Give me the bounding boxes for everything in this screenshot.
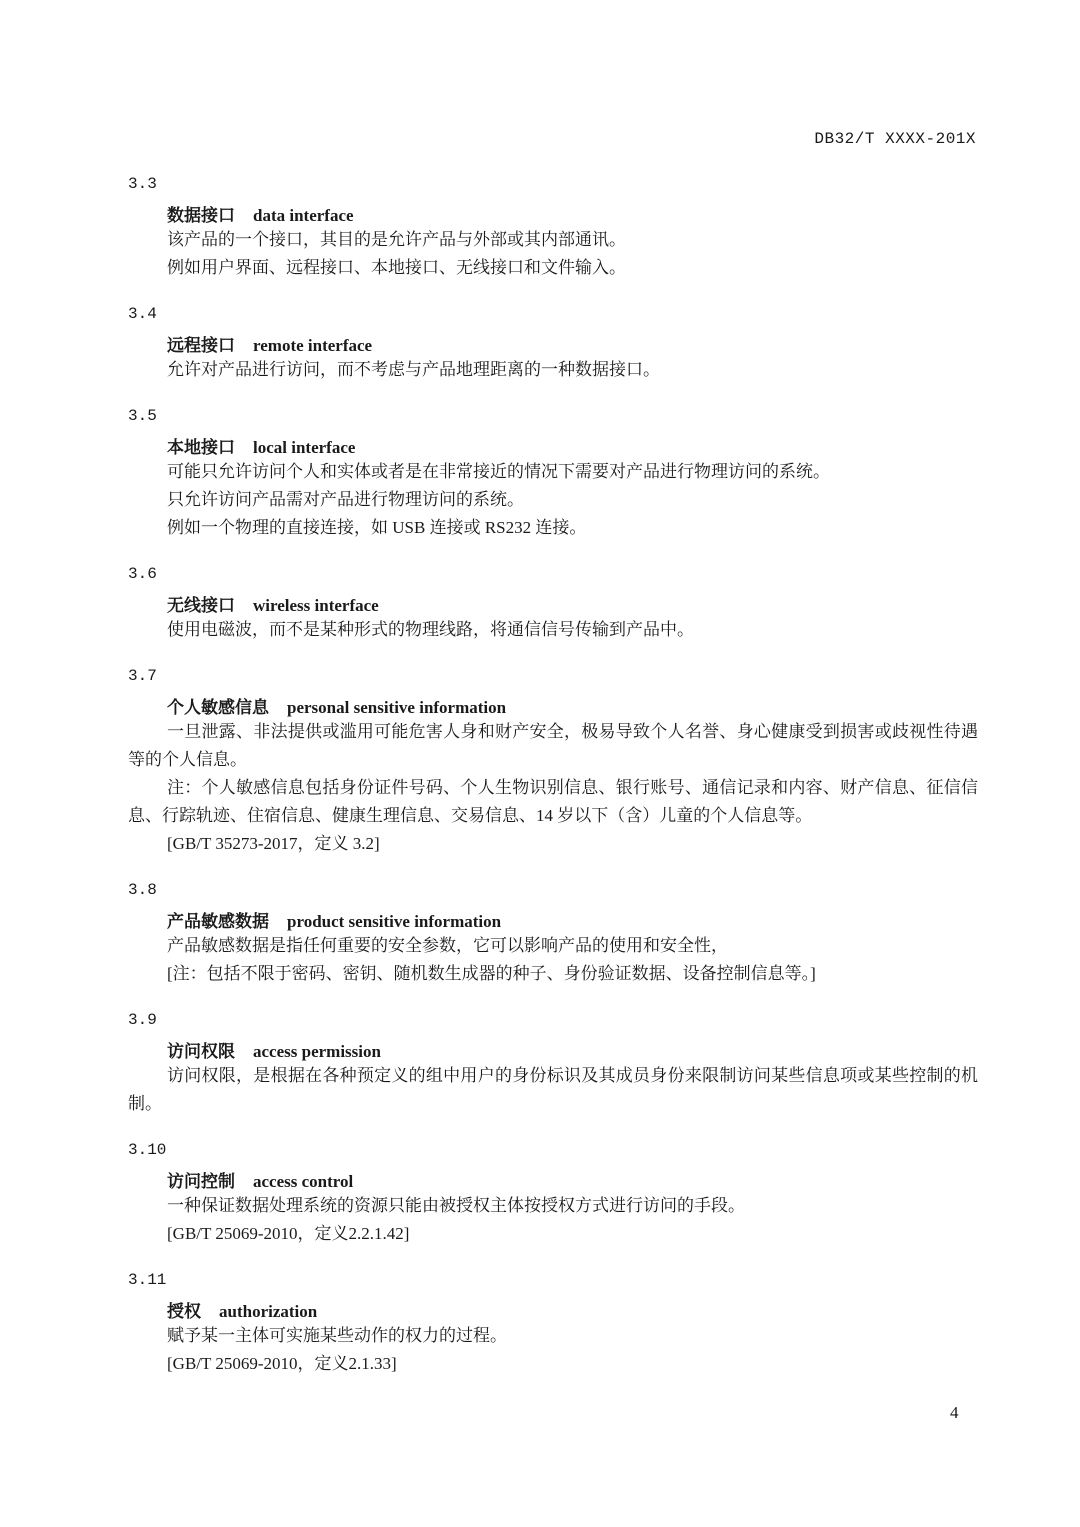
example-line: 例如用户界面、远程接口、本地接口、无线接口和文件输入。 [128,254,978,282]
section-number: 3.8 [128,876,978,904]
term-en: personal sensitive information [287,698,506,717]
term-zh: 访问权限 [167,1042,235,1061]
term-en: access control [253,1172,353,1191]
section-3-10: 3.10 访问控制access control 一种保证数据处理系统的资源只能由… [128,1136,978,1248]
section-3-11: 3.11 授权authorization 赋予某一主体可实施某些动作的权力的过程… [128,1266,978,1378]
term-heading: 个人敏感信息personal sensitive information [128,690,978,718]
definitions-list: 3.3 数据接口data interface 该产品的一个接口，其目的是允许产品… [128,170,978,1396]
definition-line: 允许对产品进行访问，而不考虑与产品地理距离的一种数据接口。 [128,356,978,384]
section-3-7: 3.7 个人敏感信息personal sensitive information… [128,662,978,858]
section-3-5: 3.5 本地接口local interface 可能只允许访问个人和实体或者是在… [128,402,978,542]
term-en: remote interface [253,336,372,355]
section-number: 3.10 [128,1136,978,1164]
term-heading: 远程接口remote interface [128,328,978,356]
note-paragraph: 注：个人敏感信息包括身份证件号码、个人生物识别信息、银行账号、通信记录和内容、财… [128,774,978,830]
term-en: local interface [253,438,355,457]
section-3-8: 3.8 产品敏感数据product sensitive information … [128,876,978,988]
term-heading: 产品敏感数据product sensitive information [128,904,978,932]
term-heading: 授权authorization [128,1294,978,1322]
term-zh: 本地接口 [167,438,235,457]
term-zh: 无线接口 [167,596,235,615]
reference-line: [GB/T 35273-2017，定义 3.2] [128,830,978,858]
definition-line: 使用电磁波，而不是某种形式的物理线路，将通信信号传输到产品中。 [128,616,978,644]
document-code: DB32/T XXXX-201X [814,130,976,148]
section-number: 3.11 [128,1266,978,1294]
section-3-9: 3.9 访问权限access permission 访问权限，是根据在各种预定义… [128,1006,978,1118]
term-heading: 数据接口data interface [128,198,978,226]
definition-line: 产品敏感数据是指任何重要的安全参数，它可以影响产品的使用和安全性， [128,932,978,960]
definition-paragraph: 访问权限，是根据在各种预定义的组中用户的身份标识及其成员身份来限制访问某些信息项… [128,1062,978,1118]
example-line: 例如一个物理的直接连接，如 USB 连接或 RS232 连接。 [128,514,978,542]
definition-line: 只允许访问产品需对产品进行物理访问的系统。 [128,486,978,514]
term-zh: 数据接口 [167,206,235,225]
term-zh: 个人敏感信息 [167,698,269,717]
section-3-3: 3.3 数据接口data interface 该产品的一个接口，其目的是允许产品… [128,170,978,282]
definition-line: 可能只允许访问个人和实体或者是在非常接近的情况下需要对产品进行物理访问的系统。 [128,458,978,486]
term-en: wireless interface [253,596,379,615]
section-number: 3.6 [128,560,978,588]
term-en: access permission [253,1042,381,1061]
definition-line: 该产品的一个接口，其目的是允许产品与外部或其内部通讯。 [128,226,978,254]
section-3-6: 3.6 无线接口wireless interface 使用电磁波，而不是某种形式… [128,560,978,644]
term-zh: 产品敏感数据 [167,912,269,931]
term-en: data interface [253,206,354,225]
term-heading: 访问权限access permission [128,1034,978,1062]
term-zh: 远程接口 [167,336,235,355]
definition-paragraph: 一旦泄露、非法提供或滥用可能危害人身和财产安全，极易导致个人名誉、身心健康受到损… [128,718,978,774]
definition-line: 赋予某一主体可实施某些动作的权力的过程。 [128,1322,978,1350]
term-heading: 无线接口wireless interface [128,588,978,616]
section-number: 3.7 [128,662,978,690]
term-en: authorization [219,1302,317,1321]
term-heading: 访问控制access control [128,1164,978,1192]
section-number: 3.4 [128,300,978,328]
term-zh: 授权 [167,1302,201,1321]
definition-line: 一种保证数据处理系统的资源只能由被授权主体按授权方式进行访问的手段。 [128,1192,978,1220]
term-en: product sensitive information [287,912,501,931]
section-number: 3.9 [128,1006,978,1034]
term-zh: 访问控制 [167,1172,235,1191]
note-line: [注：包括不限于密码、密钥、随机数生成器的种子、身份验证数据、设备控制信息等。] [128,960,978,988]
page-number: 4 [950,1403,959,1423]
section-number: 3.5 [128,402,978,430]
term-heading: 本地接口local interface [128,430,978,458]
reference-line: [GB/T 25069-2010，定义2.1.33] [128,1350,978,1378]
section-number: 3.3 [128,170,978,198]
section-3-4: 3.4 远程接口remote interface 允许对产品进行访问，而不考虑与… [128,300,978,384]
reference-line: [GB/T 25069-2010，定义2.2.1.42] [128,1220,978,1248]
